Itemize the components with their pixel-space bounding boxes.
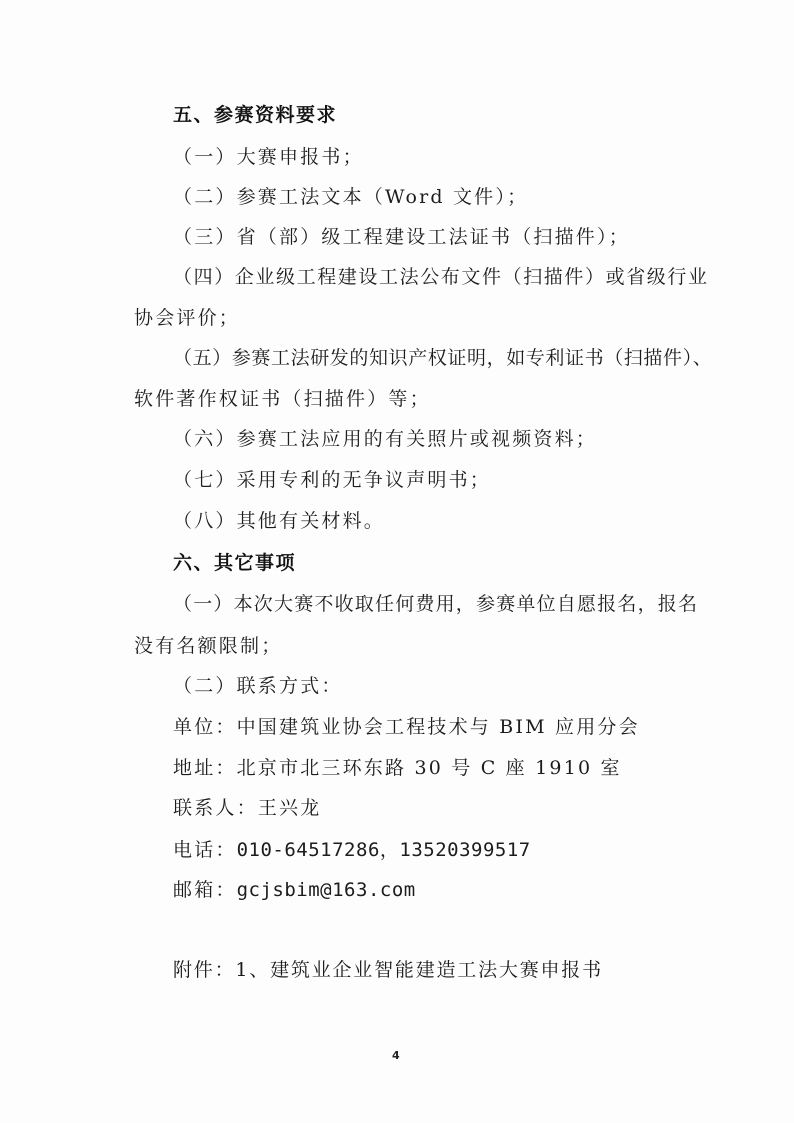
other-item-1-line2: 没有名额限制； [134,633,282,659]
contact-email-value: gcjsbim@163.com [237,879,416,901]
contact-phone-value: 010-64517286，13520399517 [237,839,531,861]
requirement-item-7: （七）采用专利的无争议声明书； [173,467,491,493]
section-heading-requirements: 五、参赛资料要求 [173,102,337,128]
contact-phone: 电话：010-64517286，13520399517 [173,837,531,863]
requirement-item-1: （一）大赛申报书； [173,144,364,170]
requirement-item-3: （三）省（部）级工程建设工法证书（扫描件）； [173,224,630,250]
requirement-item-8: （八）其他有关材料。 [173,508,385,534]
contact-person-label: 联系人： [173,797,258,819]
contact-unit-label: 单位： [173,716,237,738]
other-item-1-line1: （一）本次大赛不收取任何费用，参赛单位自愿报名，报名 [173,591,698,617]
contact-address: 地址：北京市北三环东路 30 号 C 座 1910 室 [173,755,622,781]
document-page: 五、参赛资料要求 （一）大赛申报书； （二）参赛工法文本（Word 文件）； （… [0,0,794,1123]
section-heading-other-matters: 六、其它事项 [173,550,296,576]
contact-address-value: 北京市北三环东路 30 号 C 座 1910 室 [237,757,622,779]
contact-email: 邮箱：gcjsbim@163.com [173,877,416,903]
page-number: 4 [392,1049,400,1062]
attachment-label: 附件： [173,959,235,981]
contact-unit-value: 中国建筑业协会工程技术与 BIM 应用分会 [237,716,640,738]
requirement-item-5-line2: 软件著作权证书（扫描件）等； [134,386,431,412]
requirement-item-6: （六）参赛工法应用的有关照片或视频资料； [173,426,597,452]
requirement-item-4-line1: （四）企业级工程建设工法公布文件（扫描件）或省级行业 [173,264,709,290]
attachment-value: 1、建筑业企业智能建造工法大赛申报书 [235,959,603,981]
contact-person: 联系人：王兴龙 [173,795,321,821]
requirement-item-4-line2: 协会评价； [134,305,240,331]
contact-phone-label: 电话： [173,839,237,861]
contact-person-value: 王兴龙 [258,797,322,819]
attachment-line: 附件：1、建筑业企业智能建造工法大赛申报书 [173,957,603,983]
contact-email-label: 邮箱： [173,879,237,901]
requirement-item-2: （二）参赛工法文本（Word 文件）； [173,184,528,210]
contact-address-label: 地址： [173,757,237,779]
requirement-item-5-line1: （五）参赛工法研发的知识产权证明，如专利证书（扫描件）、 [173,345,712,371]
contact-unit: 单位：中国建筑业协会工程技术与 BIM 应用分会 [173,714,640,740]
other-item-2: （二）联系方式： [173,673,343,699]
